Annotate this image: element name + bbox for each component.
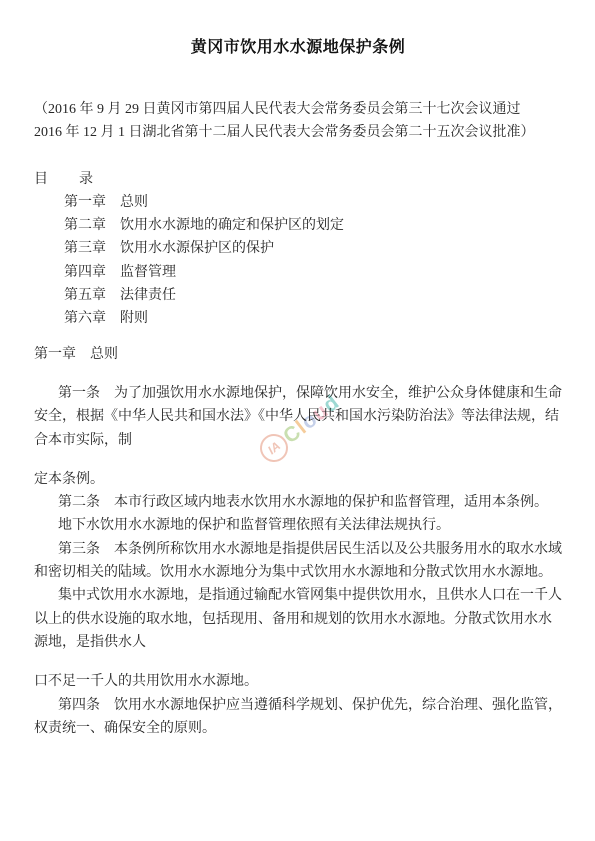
intro-line-1: （2016 年 9 月 29 日黄冈市第四届人民代表大会常务委员会第三十七次会议… xyxy=(34,98,562,121)
toc-item-chapter-6: 第六章 附则 xyxy=(34,307,562,330)
toc-item-chapter-4: 第四章 监督管理 xyxy=(34,261,562,284)
intro-line-2: 2016 年 12 月 1 日湖北省第十二届人民代表大会常务委员会第二十五次会议… xyxy=(34,121,562,144)
doc-title: 黄冈市饮用水水源地保护条例 xyxy=(34,36,562,60)
toc-item-chapter-1: 第一章 总则 xyxy=(34,191,562,214)
toc-heading: 目 录 xyxy=(34,168,562,191)
paragraph-article-3-continued: 集中式饮用水水源地，是指通过输配水管网集中提供饮用水，且供水人口在一千人以上的供… xyxy=(34,584,562,654)
paragraph-article-4: 第四条 饮用水水源地保护应当遵循科学规划、保护优先，综合治理、强化监管，权责统一… xyxy=(34,694,562,741)
toc-item-chapter-3: 第三章 饮用水水源保护区的保护 xyxy=(34,237,562,260)
document-page: IA C l o u d 黄冈市饮用水水源地保护条例 （2016 年 9 月 2… xyxy=(0,0,595,841)
paragraph-article-1-continued: 定本条例。 xyxy=(34,468,562,491)
toc-item-chapter-2: 第二章 饮用水水源地的确定和保护区的划定 xyxy=(34,214,562,237)
paragraph-article-1: 第一条 为了加强饮用水水源地保护，保障饮用水安全，维护公众身体健康和生命安全，根… xyxy=(34,382,562,452)
paragraph-article-2: 第二条 本市行政区域内地表水饮用水水源地的保护和监督管理，适用本条例。 xyxy=(34,491,562,514)
toc-item-chapter-5: 第五章 法律责任 xyxy=(34,284,562,307)
chapter-1-heading: 第一章 总则 xyxy=(34,343,562,366)
paragraph-article-3-continued-2: 口不足一千人的共用饮用水水源地。 xyxy=(34,670,562,693)
paragraph-article-2-continued: 地下水饮用水水源地的保护和监督管理依照有关法律法规执行。 xyxy=(34,514,562,537)
document-content: 黄冈市饮用水水源地保护条例 （2016 年 9 月 29 日黄冈市第四届人民代表… xyxy=(0,0,595,740)
paragraph-article-3: 第三条 本条例所称饮用水水源地是指提供居民生活以及公共服务用水的取水水域和密切相… xyxy=(34,538,562,585)
